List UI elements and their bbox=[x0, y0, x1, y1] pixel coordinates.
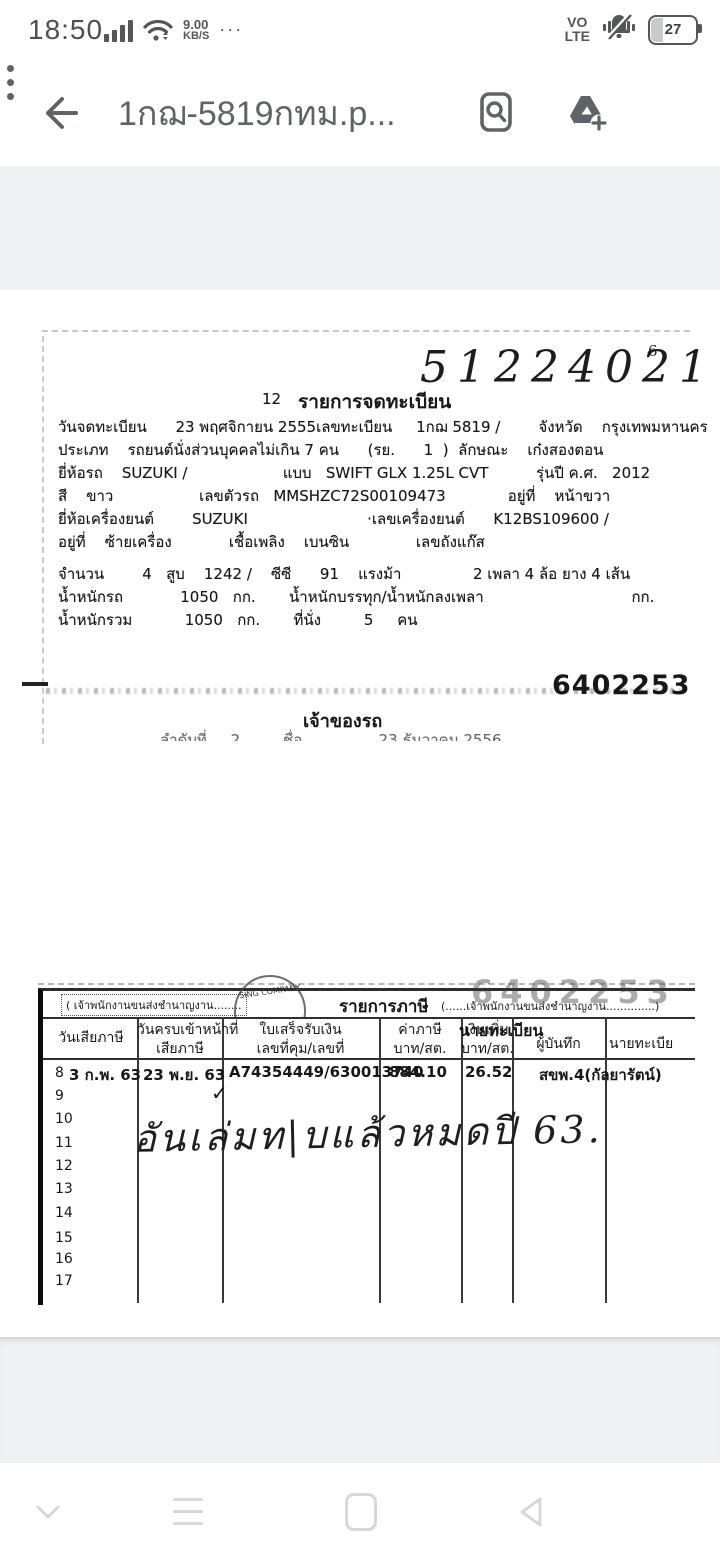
registrar-overlay-text: นายทะเบียน bbox=[459, 1019, 543, 1044]
back-arrow-icon[interactable] bbox=[36, 92, 78, 134]
home-square-icon[interactable] bbox=[331, 1463, 391, 1560]
col-header-line2: บาท/สต. bbox=[394, 1041, 447, 1057]
row-number: 15 bbox=[55, 1230, 73, 1246]
signal-bars-icon bbox=[104, 20, 133, 42]
owner-partial-line: ลำดับที่ 2 ชื่อ 23 ธันวาคม 2556 bbox=[160, 728, 502, 741]
mute-bell-icon bbox=[600, 12, 638, 47]
row-number: 17 bbox=[55, 1273, 73, 1289]
row-number: 11 bbox=[55, 1135, 73, 1151]
document-page[interactable]: 51224021 6 12 รายการจดทะเบียน วันจดทะเบี… bbox=[0, 290, 720, 1337]
tax-table: 6402253 ( เจ้าพนักงานขนส่งชำนาญงาน......… bbox=[38, 988, 695, 1305]
find-in-document-icon[interactable] bbox=[474, 90, 518, 134]
file-title: 1กฌ-5819กทม.p... bbox=[118, 86, 458, 140]
screen: 18:50 9.00 KB/S ··· VO bbox=[0, 0, 720, 1560]
round-stamp-icon: SING COMPANY bbox=[231, 973, 309, 1019]
document-serial-number: 6402253 bbox=[552, 670, 691, 701]
back-triangle-icon[interactable] bbox=[501, 1463, 561, 1560]
table-line bbox=[43, 1017, 695, 1019]
reg-line: น้ำหนักรถ 1050 กก. น้ำหนักบรรทุก/น้ำหนัก… bbox=[58, 585, 654, 609]
tax-table-title: รายการภาษี bbox=[339, 993, 429, 1020]
cell-tax: 884.10 bbox=[389, 1063, 447, 1081]
row-number: 10 bbox=[55, 1111, 73, 1127]
battery-icon: 27 bbox=[648, 15, 698, 45]
handwritten-note: อันเล่มท|บแล้วหมดปี 63. bbox=[132, 1098, 603, 1169]
row-number: 9 bbox=[55, 1088, 64, 1104]
col-header: ค่าภาษีบาท/สต. bbox=[379, 1021, 461, 1059]
reg-line: ยี่ห้อรถ SUZUKI / แบบ SWIFT GLX 1.25L CV… bbox=[58, 461, 650, 485]
page-note: 12 bbox=[262, 390, 281, 408]
col-header: วันเสียภาษี bbox=[47, 1029, 135, 1048]
col-header: ใบเสร็จรับเงินเลขที่คุม/เลขที่ bbox=[222, 1021, 379, 1059]
handwritten-number: 51224021 bbox=[420, 342, 716, 393]
reg-line: วันจดทะเบียน 23 พฤศจิกายน 2555เลขทะเบียน… bbox=[58, 415, 708, 439]
row-number: 14 bbox=[55, 1205, 73, 1221]
reg-line: น้ำหนักรวม 1050 กก. ที่นั่ง 5 คน bbox=[58, 608, 418, 632]
viewer-bottom-background bbox=[0, 1337, 720, 1463]
clock: 18:50 bbox=[28, 14, 103, 46]
volte-line2: LTE bbox=[565, 30, 590, 43]
app-bar: 1กฌ-5819กทม.p... bbox=[0, 58, 720, 167]
pdf-viewer-background[interactable]: 51224021 6 12 รายการจดทะเบียน วันจดทะเบี… bbox=[0, 166, 720, 1463]
registration-title: รายการจดทะเบียน bbox=[298, 387, 451, 417]
reg-line: ยี่ห้อเครื่องยนต์ SUZUKI ·เลขเครื่องยนต์… bbox=[58, 507, 609, 531]
reg-line: สี ขาว เลขตัวรถ MMSHZC72S00109473 อยู่ที… bbox=[58, 484, 610, 508]
table-caption-right: (......เจ้าพนักงานขนส่งชำนาญงาน.........… bbox=[441, 997, 659, 1015]
reg-line: จำนวน 4 สูบ 1242 / ซีซี 91 แรงม้า 2 เพลา… bbox=[58, 562, 630, 586]
col-header: นายทะเบีย bbox=[609, 1035, 695, 1054]
kebab-menu-icon[interactable] bbox=[0, 58, 20, 106]
scan-top-edge bbox=[42, 330, 690, 332]
table-line bbox=[605, 1017, 607, 1303]
handwritten-number-sup: 6 bbox=[648, 342, 658, 360]
wifi-icon bbox=[143, 18, 173, 42]
cell-recorder: สขพ.4(กัลยารัตน์) bbox=[539, 1063, 662, 1087]
col-header: วันครบเข้าหน้าที่เสียภาษี bbox=[137, 1021, 223, 1059]
table-caption-left: ( เจ้าพนักงานขนส่งชำนาญงาน........ bbox=[61, 994, 247, 1016]
col-header-line2: เลขที่คุม/เลขที่ bbox=[257, 1041, 345, 1057]
volte-indicator: VO LTE bbox=[565, 16, 590, 43]
status-bar: 18:50 9.00 KB/S ··· VO bbox=[0, 0, 720, 58]
row-number: 16 bbox=[55, 1251, 73, 1267]
col-header-line2: เสียภาษี bbox=[156, 1041, 204, 1057]
row-number: 13 bbox=[55, 1181, 73, 1197]
cell-date-paid: 3 ก.พ. 63 bbox=[69, 1063, 141, 1087]
scan-left-tick bbox=[22, 682, 48, 686]
chevron-down-icon[interactable] bbox=[18, 1463, 78, 1560]
recents-menu-icon[interactable] bbox=[158, 1463, 218, 1560]
navigation-bar bbox=[0, 1463, 720, 1560]
add-to-drive-icon[interactable] bbox=[566, 90, 610, 134]
battery-percent: 27 bbox=[665, 21, 682, 38]
row-number: 8 bbox=[55, 1065, 64, 1081]
reg-line: ประเภท รถยนต์นั่งส่วนบุคคลไม่เกิน 7 คน (… bbox=[58, 438, 603, 462]
network-speed-unit: KB/S bbox=[183, 31, 209, 42]
notification-ellipsis: ··· bbox=[219, 19, 243, 40]
handwritten-checkmark: ✓ bbox=[211, 1081, 228, 1105]
reg-line: อยู่ที่ ซ้ายเครื่อง เชื้อเพลิง เบนซิน เล… bbox=[58, 530, 485, 554]
row-number: 12 bbox=[55, 1158, 73, 1174]
cell-surcharge: 26.52 bbox=[465, 1063, 512, 1081]
col-header-line1: ใบเสร็จรับเงิน bbox=[259, 1022, 341, 1038]
network-speed: 9.00 KB/S bbox=[183, 18, 209, 42]
col-header-line1: ค่าภาษี bbox=[398, 1022, 442, 1038]
